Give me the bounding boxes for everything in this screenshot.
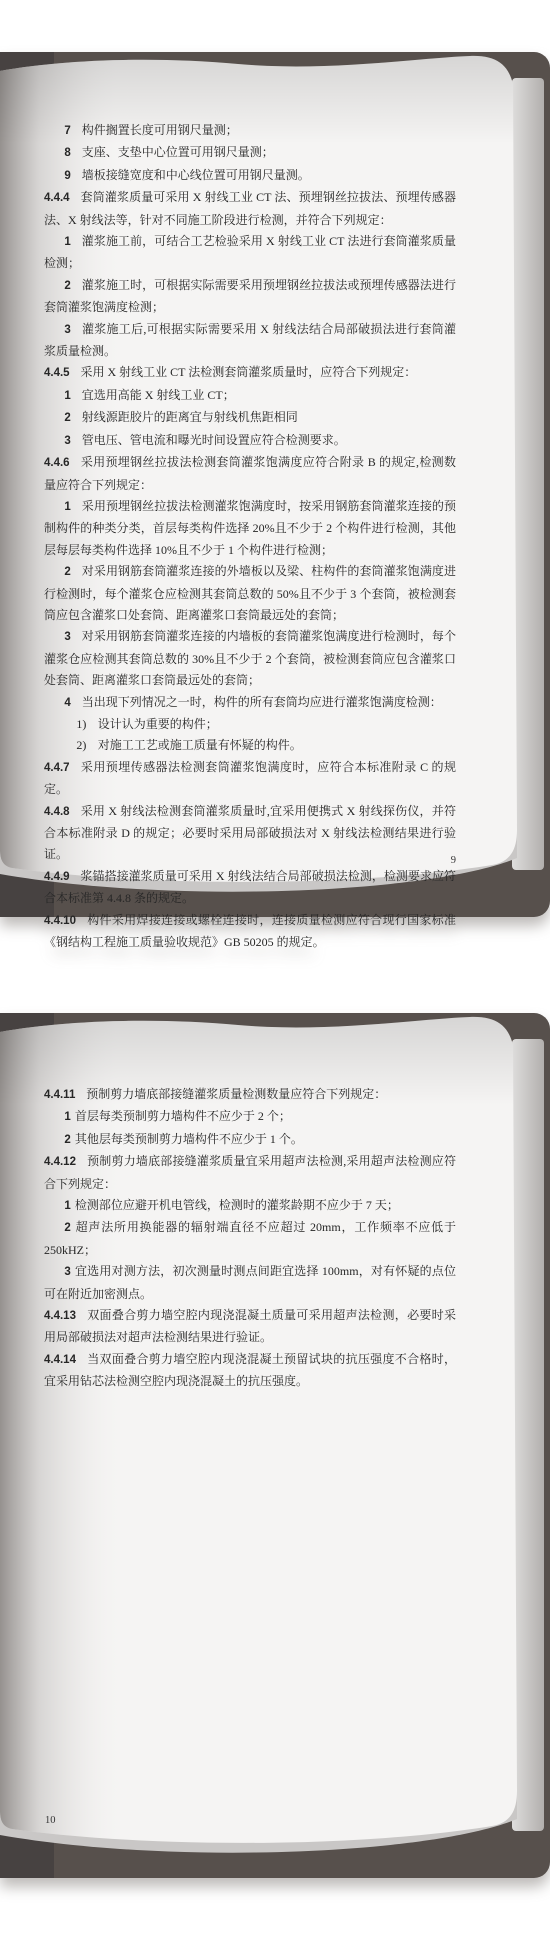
paragraph-number: 4.4.13	[44, 1310, 76, 1322]
paragraph: 4.4.5采用 X 射线工业 CT 法检测套筒灌浆质量时，应符合下列规定：	[44, 362, 456, 384]
paragraph-number: 1	[64, 236, 70, 248]
paragraph-number: 2	[64, 412, 70, 424]
paragraph: 4.4.6采用预埋钢丝拉拔法检测套筒灌浆饱满度应符合附录 B 的规定,检测数量应…	[44, 452, 456, 496]
paragraph: 7构件搁置长度可用钢尺量测；	[44, 120, 456, 142]
paragraph-number: 4.4.10	[44, 915, 76, 927]
page-stack-edge	[512, 1039, 544, 1831]
paragraph: 4.4.10构件采用焊接连接或螺栓连接时，连接质量检测应符合现行国家标准《钢结构…	[44, 910, 456, 954]
paragraph: 2对采用钢筋套筒灌浆连接的外墙板以及梁、柱构件的套筒灌浆饱满度进行检测时，每个灌…	[44, 561, 456, 626]
paragraph-number: 7	[64, 125, 70, 137]
paragraph: 4.4.11预制剪力墙底部接缝灌浆质量检测数量应符合下列规定：	[44, 1084, 456, 1106]
paragraph: 1检测部位应避开机电管线，检测时的灌浆龄期不应少于 7 天；	[44, 1195, 456, 1217]
paragraph-number: 4.4.4	[44, 192, 70, 204]
paragraph: 9墙板接缝宽度和中心线位置可用钢尺量测。	[44, 165, 456, 187]
paragraph-number: 1	[64, 501, 70, 513]
paragraph: 1采用预埋钢丝拉拔法检测灌浆饱满度时，按采用钢筋套筒灌浆连接的预制构件的种类分类…	[44, 496, 456, 561]
paragraph: 3对采用钢筋套筒灌浆连接的内墙板的套筒灌浆饱满度进行检测时，每个灌浆仓应检测其套…	[44, 626, 456, 691]
paragraph-number: 3	[64, 1266, 70, 1278]
paragraph: 2射线源距胶片的距离宜与射线机焦距相同	[44, 407, 456, 429]
paragraph: 1)设计认为重要的构件；	[44, 714, 456, 735]
paragraph: 8支座、支垫中心位置可用钢尺量测；	[44, 142, 456, 164]
paragraph: 1首层每类预制剪力墙构件不应少于 2 个；	[44, 1106, 456, 1128]
paragraph: 4.4.14当双面叠合剪力墙空腔内现浇混凝土预留试块的抗压强度不合格时，宜采用钻…	[44, 1349, 456, 1393]
paragraph-number: 1	[64, 390, 70, 402]
paragraph-number: 4.4.12	[44, 1156, 76, 1168]
book-scan-page-10: 4.4.11预制剪力墙底部接缝灌浆质量检测数量应符合下列规定：1首层每类预制剪力…	[0, 1013, 550, 1878]
paragraph-number: 3	[64, 435, 70, 447]
paragraph: 3宜选用对测方法，初次测量时测点间距宜选择 100mm，对有怀疑的点位可在附近加…	[44, 1261, 456, 1305]
paragraph: 2其他层每类预制剪力墙构件不应少于 1 个。	[44, 1129, 456, 1151]
paragraph: 4.4.13双面叠合剪力墙空腔内现浇混凝土质量可采用超声法检测，必要时采用局部破…	[44, 1305, 456, 1349]
paragraph-number: 4.4.11	[44, 1089, 75, 1101]
paragraph-number: 2	[64, 1222, 70, 1234]
page-number: 9	[451, 855, 456, 866]
paragraph: 4.4.8采用 X 射线法检测套筒灌浆质量时,宜采用便携式 X 射线探伤仪，并符…	[44, 801, 456, 866]
book-scan-page-9: 7构件搁置长度可用钢尺量测；8支座、支垫中心位置可用钢尺量测；9墙板接缝宽度和中…	[0, 52, 550, 917]
paragraph-number: 4.4.6	[44, 457, 70, 469]
paragraph: 4.4.4套筒灌浆质量可采用 X 射线工业 CT 法、预埋钢丝拉拔法、预埋传感器…	[44, 187, 456, 231]
paragraph: 4当出现下列情况之一时，构件的所有套筒均应进行灌浆饱满度检测：	[44, 692, 456, 714]
paragraph-number: 2	[64, 566, 70, 578]
paragraph: 2灌浆施工时，可根据实际需要采用预埋钢丝拉拔法或预埋传感器法进行套筒灌浆饱满度检…	[44, 275, 456, 319]
page-body: 4.4.11预制剪力墙底部接缝灌浆质量检测数量应符合下列规定：1首层每类预制剪力…	[44, 1084, 456, 1393]
page-body: 7构件搁置长度可用钢尺量测；8支座、支垫中心位置可用钢尺量测；9墙板接缝宽度和中…	[44, 120, 456, 953]
paragraph-number: 1)	[76, 717, 86, 731]
paragraph: 2超声法所用换能器的辐射端直径不应超过 20mm，工作频率不应低于 250kHZ…	[44, 1217, 456, 1261]
paragraph: 1宜选用高能 X 射线工业 CT；	[44, 385, 456, 407]
paragraph-number: 4.4.14	[44, 1354, 76, 1366]
paragraph: 1灌浆施工前，可结合工艺检验采用 X 射线工业 CT 法进行套筒灌浆质量检测；	[44, 231, 456, 275]
paragraph-number: 3	[64, 324, 70, 336]
paragraph-number: 1	[64, 1111, 70, 1123]
paragraph-number: 4.4.9	[44, 871, 70, 883]
paragraph-number: 9	[64, 170, 70, 182]
paragraph: 3管电压、管电流和曝光时间设置应符合检测要求。	[44, 430, 456, 452]
paragraph-number: 4.4.7	[44, 762, 70, 774]
paragraph: 4.4.12预制剪力墙底部接缝灌浆质量宜采用超声法检测,采用超声法检测应符合下列…	[44, 1151, 456, 1195]
paragraph-number: 4.4.8	[44, 806, 70, 818]
paragraph-number: 4	[64, 697, 70, 709]
page-stack-edge	[512, 78, 544, 870]
page-number: 10	[45, 1815, 56, 1826]
paragraph-number: 3	[64, 631, 70, 643]
paragraph-number: 2)	[76, 738, 86, 752]
paragraph-number: 2	[64, 280, 70, 292]
paragraph: 4.4.7采用预埋传感器法检测套筒灌浆饱满度时，应符合本标准附录 C 的规定。	[44, 757, 456, 801]
paragraph: 4.4.9浆锚搭接灌浆质量可采用 X 射线法结合局部破损法检测，检测要求应符合本…	[44, 866, 456, 910]
paragraph-number: 2	[64, 1134, 70, 1146]
paragraph-number: 8	[64, 147, 70, 159]
paragraph-number: 1	[64, 1200, 70, 1212]
paragraph-number: 4.4.5	[44, 367, 70, 379]
paragraph: 3灌浆施工后,可根据实际需要采用 X 射线法结合局部破损法进行套筒灌浆质量检测。	[44, 319, 456, 363]
paragraph: 2)对施工工艺或施工质量有怀疑的构件。	[44, 735, 456, 756]
